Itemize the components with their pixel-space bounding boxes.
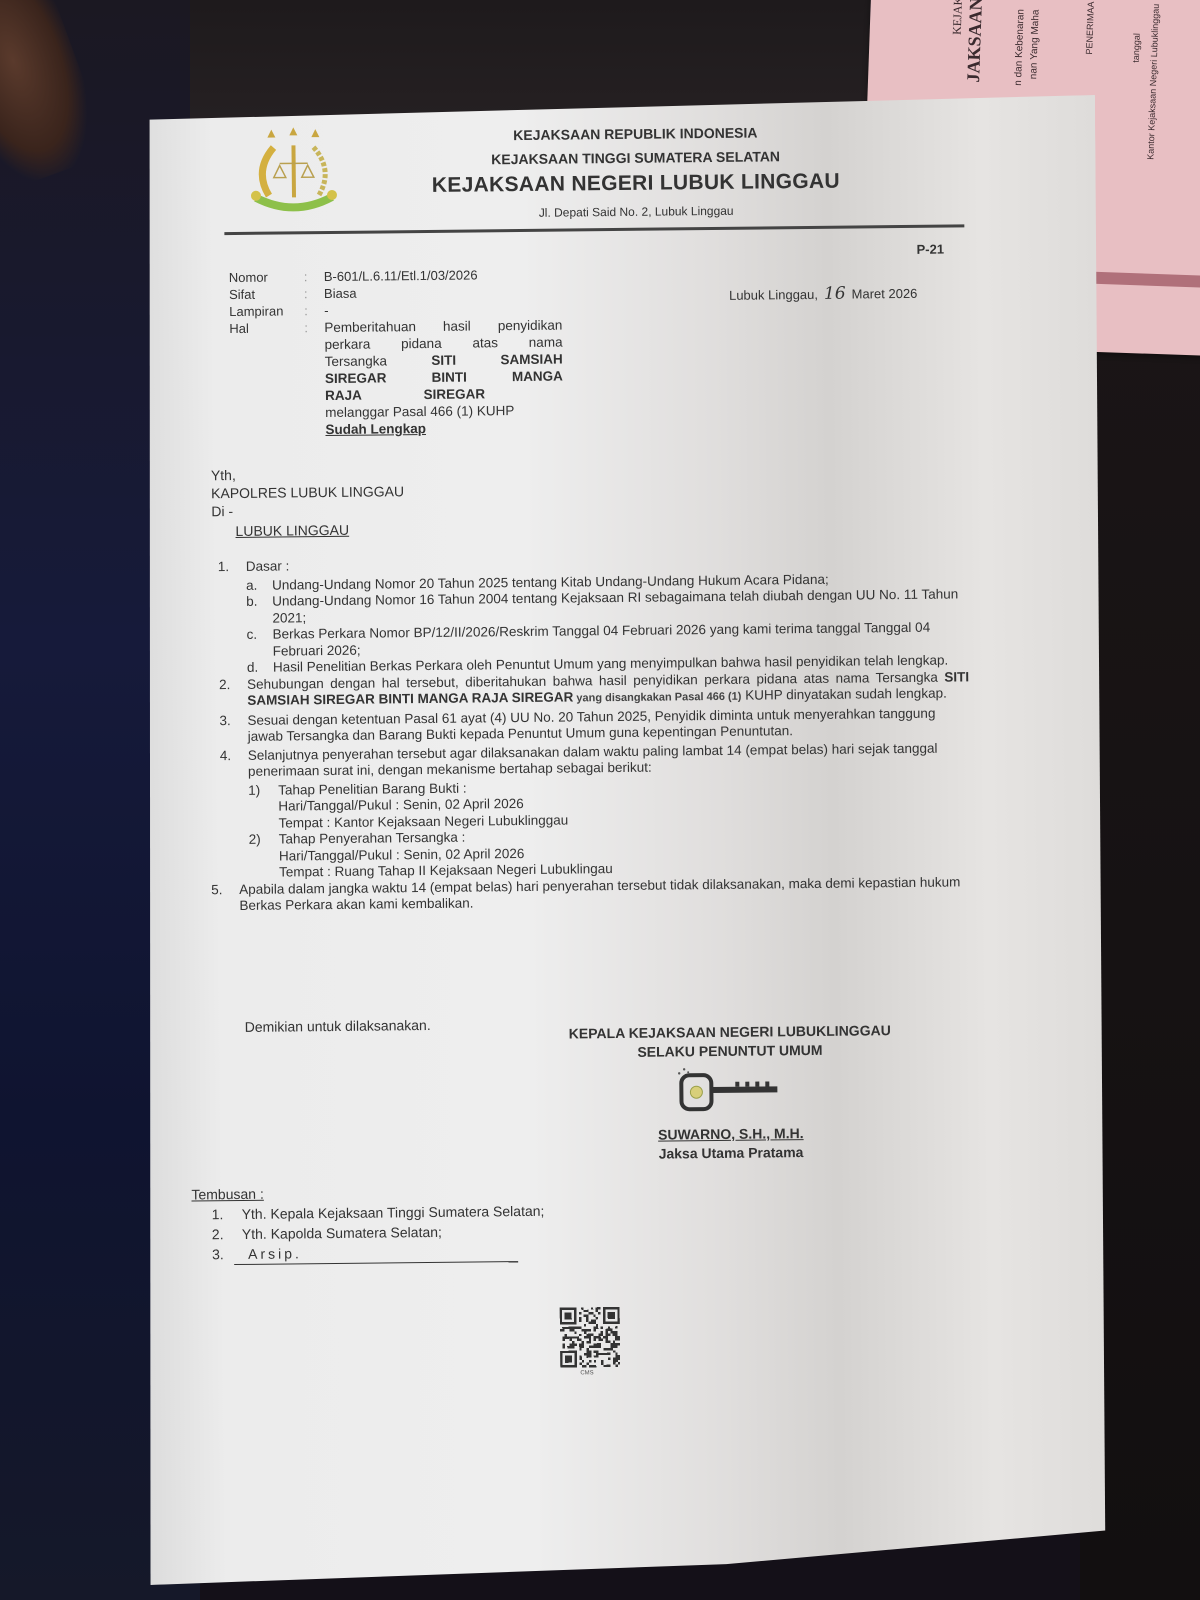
hal-value: Pemberitahuan hasil penyidikan perkara p… bbox=[324, 317, 563, 438]
item-text: Selanjutnya penyerahan tersebut agar dil… bbox=[248, 740, 970, 781]
signatory-rank: Jaksa Utama Pratama bbox=[546, 1143, 916, 1163]
lampiran-label: Lampiran bbox=[229, 302, 304, 320]
stage-1: 1)Tahap Penelitian Barang Bukti : Hari/T… bbox=[234, 775, 970, 832]
addressee-di: Di - bbox=[211, 500, 404, 520]
signature-block: KEPALA KEJAKSAAN NEGERI LUBUKLINGGAU SEL… bbox=[545, 1022, 916, 1163]
letterhead-office-name: KEJAKSAAN NEGERI LUBUK LINGGAU bbox=[376, 169, 896, 198]
letter-page: KEJAKSAAN REPUBLIK INDONESIA KEJAKSAAN T… bbox=[135, 95, 1110, 1585]
letterhead-divider bbox=[224, 224, 964, 235]
letterhead-line-1: KEJAKSAAN REPUBLIK INDONESIA bbox=[425, 124, 845, 144]
letter-date: Lubuk Linggau,16Maret 2026 bbox=[729, 283, 918, 305]
tembusan-text: Yth. Kepala Kejaksaan Tinggi Sumatera Se… bbox=[242, 1201, 545, 1224]
letter-meta: Nomor : B-601/L.6.11/Etl.1/03/2026 Sifat… bbox=[229, 266, 566, 439]
item2-article: yang disangkakan Pasal 466 (1) bbox=[573, 691, 741, 705]
body-item-5: 5. Apabila dalam jangka waktu 14 (empat … bbox=[211, 874, 971, 915]
nomor-label: Nomor bbox=[229, 268, 304, 286]
electronic-signature-key-icon bbox=[675, 1066, 785, 1115]
signatory-role: SELAKU PENUNTUT UMUM bbox=[545, 1041, 915, 1061]
item-text: Sesuai dengan ketentuan Pasal 61 ayat (4… bbox=[247, 705, 969, 746]
form-code: P-21 bbox=[917, 242, 945, 257]
sub-letter: b. bbox=[246, 594, 272, 627]
tembusan-number: 1. bbox=[212, 1204, 242, 1224]
pink-fragment: Kantor Kejaksaan Negeri Lubuklinggau bbox=[1145, 4, 1160, 160]
greeting: Yth, bbox=[211, 464, 404, 484]
addressee-city: LUBUK LINGGAU bbox=[235, 521, 349, 540]
hal-suspect-name: SITI SAMSIAH bbox=[431, 352, 562, 368]
item-number: 1. bbox=[218, 559, 246, 576]
colon: : bbox=[304, 302, 324, 319]
letter-body: 1. Dasar : a. Undang-Undang Nomor 20 Tah… bbox=[218, 551, 972, 916]
sub-letter: d. bbox=[247, 660, 273, 677]
pink-fragment: n dan Kebenaran bbox=[1013, 9, 1027, 86]
item-text: Sehubungan dengan hal tersebut, diberita… bbox=[247, 669, 969, 711]
item-number: 2. bbox=[219, 676, 247, 710]
kejaksaan-emblem-icon bbox=[243, 125, 344, 221]
hal-suspect-name: RAJA SIREGAR bbox=[325, 385, 485, 404]
body-item-2: 2. Sehubungan dengan hal tersebut, diber… bbox=[219, 669, 969, 711]
stage-number: 2) bbox=[249, 832, 279, 849]
hal-status: Sudah Lengkap bbox=[325, 419, 563, 438]
tembusan-number: 2. bbox=[212, 1224, 242, 1244]
colon: : bbox=[304, 268, 324, 285]
tembusan-text: Yth. Kapolda Sumatera Selatan; bbox=[242, 1222, 442, 1244]
item-number: 4. bbox=[220, 747, 248, 780]
closing-sentence: Demikian untuk dilaksanakan. bbox=[245, 1017, 431, 1035]
date-day-handwritten: 16 bbox=[824, 284, 846, 304]
date-month-year: Maret 2026 bbox=[852, 286, 918, 302]
signatory-title: KEPALA KEJAKSAAN NEGERI LUBUKLINGGAU bbox=[545, 1022, 915, 1042]
tembusan-item: 1. Yth. Kepala Kejaksaan Tinggi Sumatera… bbox=[212, 1201, 545, 1224]
signatory-name: SUWARNO, S.H., M.H. bbox=[546, 1124, 916, 1144]
item2-text-after: KUHP dinyatakan sudah lengkap. bbox=[741, 686, 947, 703]
tembusan-item: 3. Arsip. bbox=[212, 1241, 545, 1265]
background-table bbox=[190, 0, 870, 120]
item-number: 3. bbox=[219, 712, 247, 745]
sub-letter: c. bbox=[246, 627, 272, 660]
addressee: Yth, KAPOLRES LUBUK LINGGAU Di - LUBUK L… bbox=[211, 464, 405, 540]
meta-hal: Hal : Pemberitahuan hasil penyidikan per… bbox=[229, 317, 565, 440]
letterhead-line-2: KEJAKSAAN TINGGI SUMATERA SELATAN bbox=[426, 148, 846, 168]
pink-fragment: nan Yang Maha bbox=[1028, 9, 1041, 79]
body-item-3: 3. Sesuai dengan ketentuan Pasal 61 ayat… bbox=[219, 705, 969, 746]
stage-title: Tahap Penyerahan Tersangka : bbox=[279, 830, 466, 848]
letterhead-address: Jl. Depati Said No. 2, Lubuk Linggau bbox=[426, 203, 846, 221]
stage-number: 1) bbox=[248, 782, 278, 799]
body-item-4: 4. Selanjutnya penyerahan tersebut agar … bbox=[220, 740, 970, 781]
letterhead: KEJAKSAAN REPUBLIK INDONESIA KEJAKSAAN T… bbox=[135, 95, 1096, 245]
item-text: Apabila dalam jangka waktu 14 (empat bel… bbox=[239, 874, 971, 915]
recipient: KAPOLRES LUBUK LINGGAU bbox=[211, 482, 404, 502]
tembusan-text: Arsip. bbox=[234, 1241, 518, 1265]
stage-title: Tahap Penelitian Barang Bukti : bbox=[278, 780, 467, 798]
qr-code-icon bbox=[560, 1305, 621, 1370]
colon: : bbox=[304, 285, 324, 302]
stage-2: 2)Tahap Penyerahan Tersangka : Hari/Tang… bbox=[235, 824, 971, 881]
hal-tersangka-prefix: Tersangka bbox=[325, 353, 387, 369]
hal-suspect-name: SIREGAR BINTI MANGA bbox=[325, 368, 563, 387]
date-place: Lubuk Linggau, bbox=[729, 287, 818, 303]
sub-letter: a. bbox=[246, 577, 272, 594]
sifat-label: Sifat bbox=[229, 285, 304, 303]
pink-fragment: PENERIMAA bbox=[1084, 1, 1096, 54]
colon: : bbox=[304, 319, 325, 438]
item-number: 5. bbox=[211, 881, 239, 914]
pink-fragment: tanggal bbox=[1131, 33, 1142, 63]
qr-caption: CMS bbox=[580, 1370, 593, 1376]
tembusan: Tembusan : 1. Yth. Kepala Kejaksaan Ting… bbox=[191, 1181, 545, 1266]
hal-label: Hal bbox=[229, 319, 305, 439]
pink-fragment: JAKSAAN bbox=[963, 0, 987, 83]
pink-fragment: KEJAK bbox=[950, 0, 966, 35]
